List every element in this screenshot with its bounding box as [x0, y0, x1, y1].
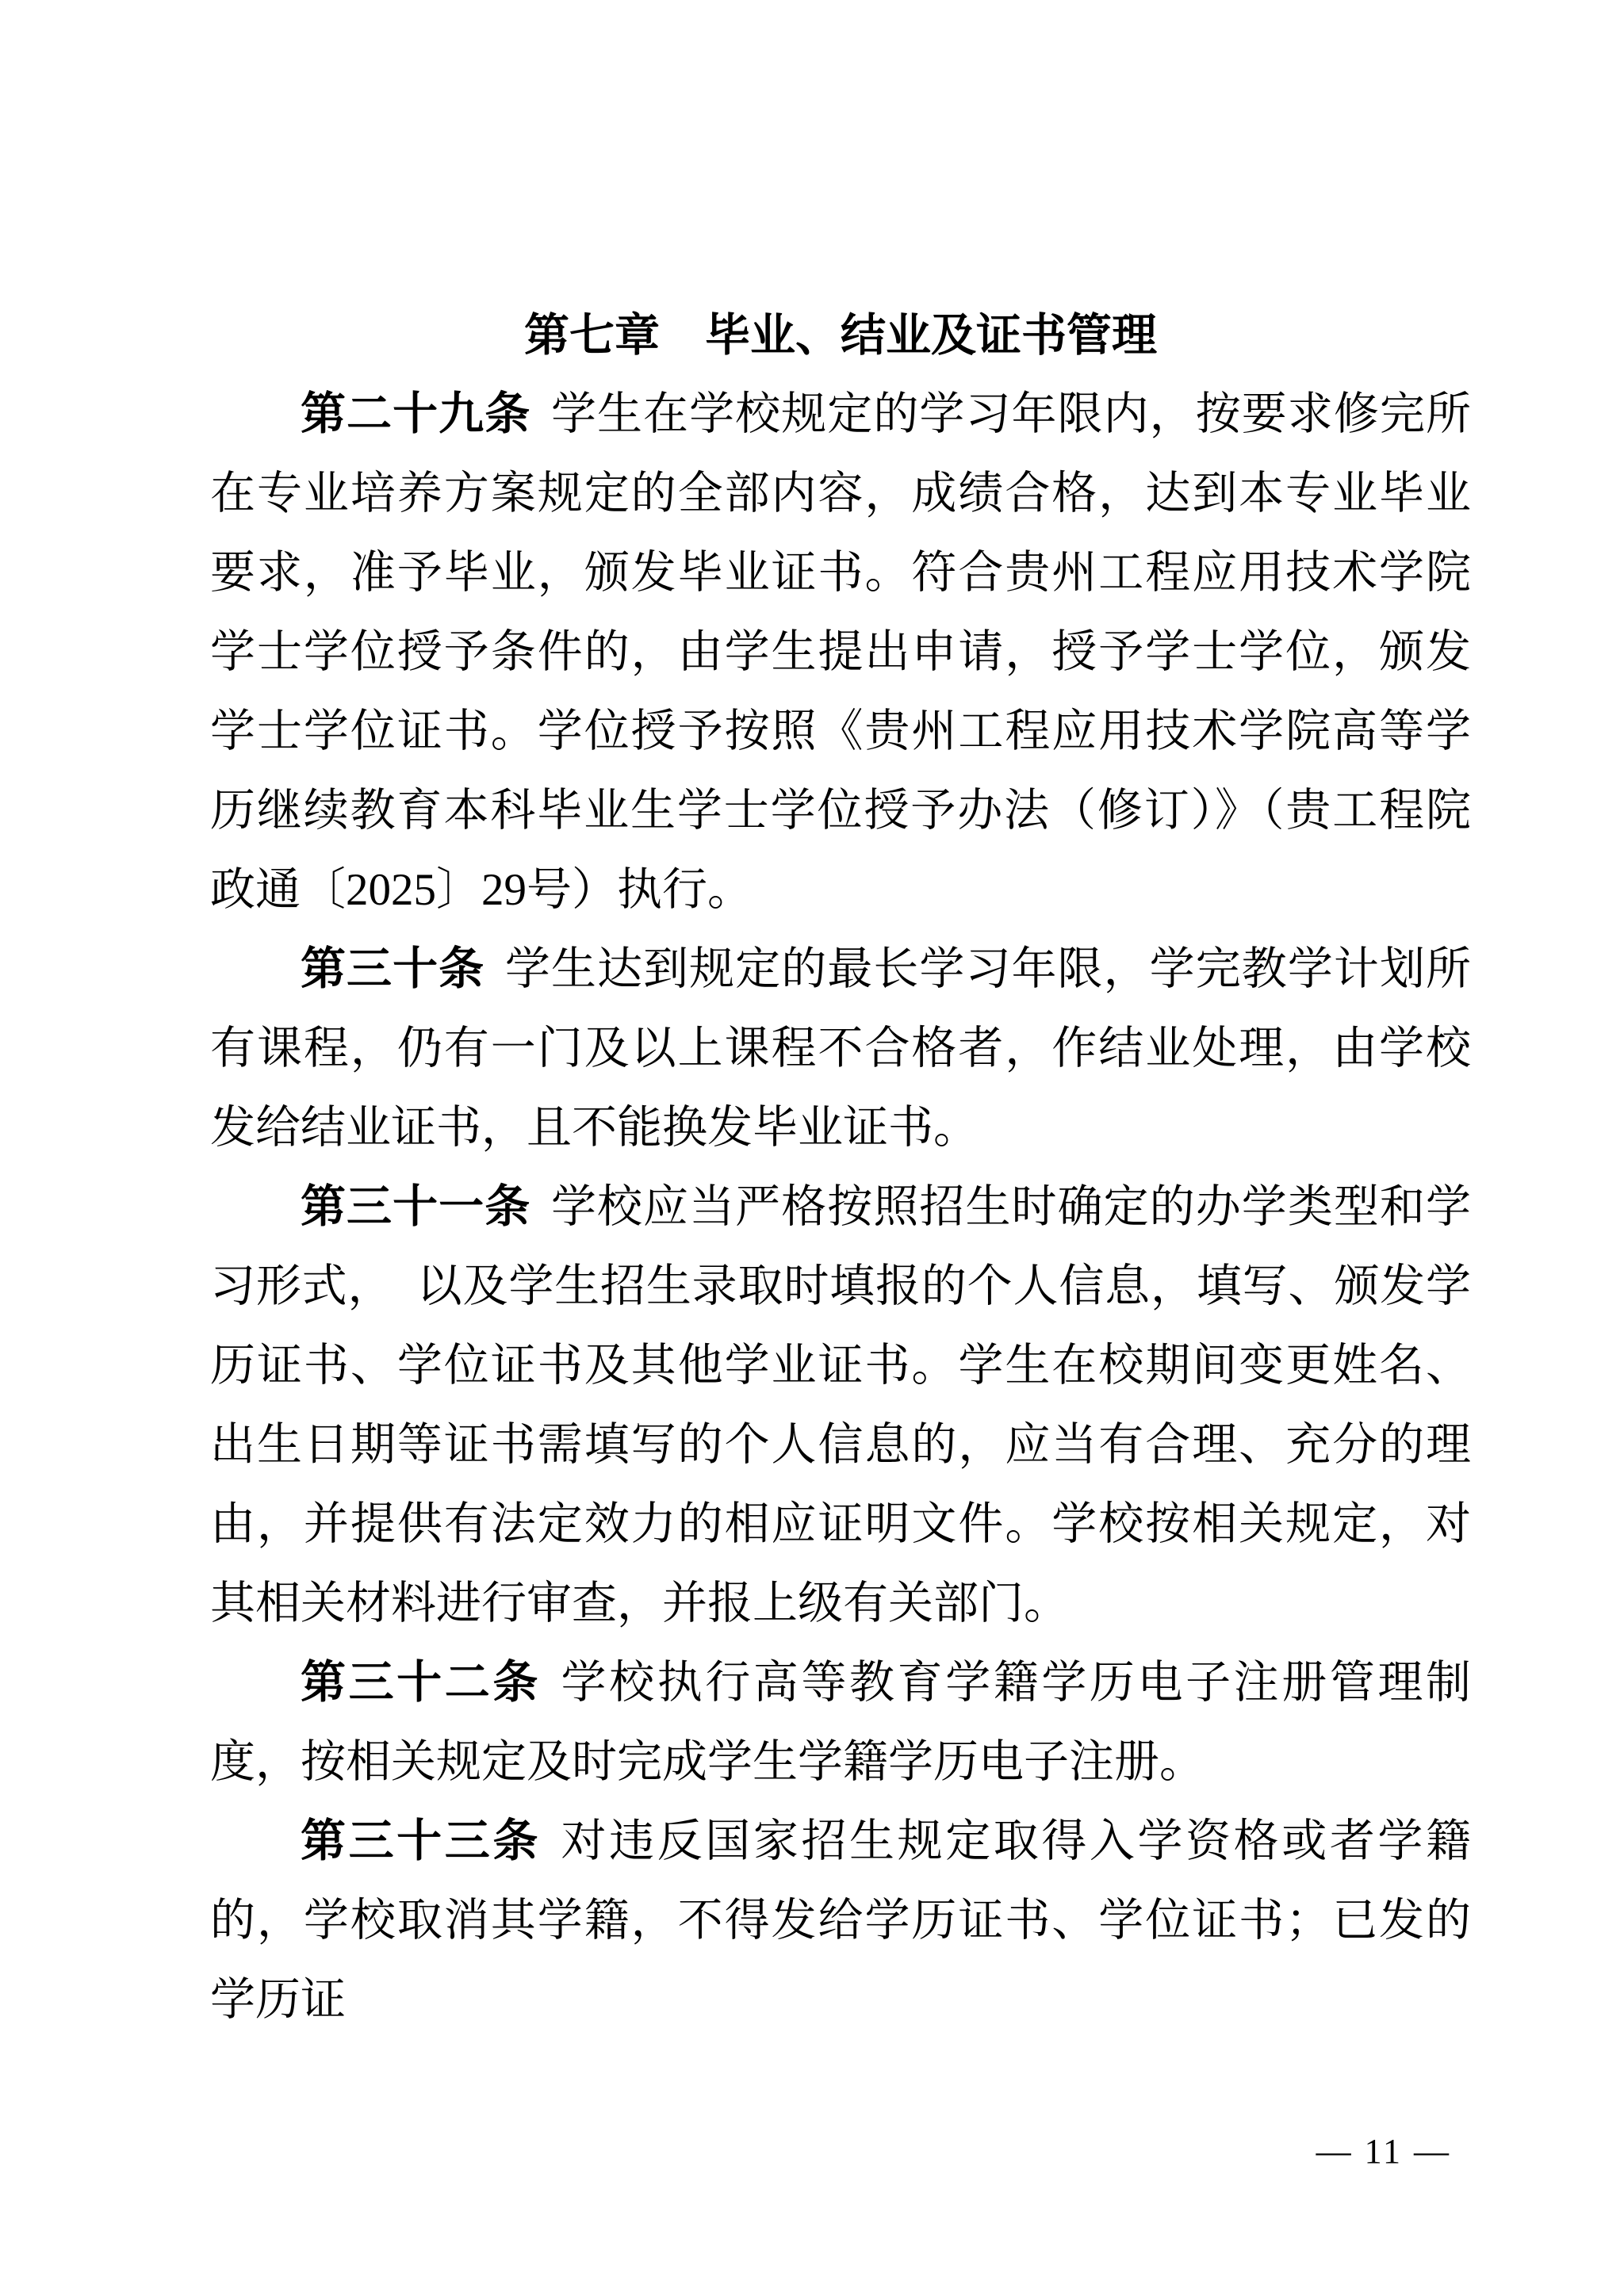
article-33-number: 第三十三条 — [301, 1816, 541, 1866]
article-29: 第二十九条学生在学校规定的学习年限内，按要求修完所在专业培养方案规定的全部内容，… — [210, 375, 1471, 930]
article-31-text: 学校应当严格按照招生时确定的办学类型和学习形式， 以及学生招生录取时填报的个人信… — [210, 1182, 1471, 1628]
chapter-title: 第七章 毕业、结业及证书管理 — [210, 296, 1471, 375]
article-32: 第三十二条学校执行高等教育学籍学历电子注册管理制度，按相关规定及时完成学生学籍学… — [210, 1644, 1471, 1802]
article-31: 第三十一条学校应当严格按照招生时确定的办学类型和学习形式， 以及学生招生录取时填… — [210, 1168, 1471, 1644]
article-29-number: 第二十九条 — [301, 389, 530, 439]
document-page: 第七章 毕业、结业及证书管理 第二十九条学生在学校规定的学习年限内，按要求修完所… — [0, 0, 1624, 2296]
article-31-number: 第三十一条 — [301, 1182, 530, 1232]
article-30-number: 第三十条 — [301, 944, 485, 994]
article-29-text: 学生在学校规定的学习年限内，按要求修完所在专业培养方案规定的全部内容，成绩合格，… — [210, 389, 1471, 915]
article-32-number: 第三十二条 — [301, 1658, 541, 1708]
article-30: 第三十条学生达到规定的最长学习年限，学完教学计划所有课程，仍有一门及以上课程不合… — [210, 930, 1471, 1168]
article-33: 第三十三条对违反国家招生规定取得入学资格或者学籍的，学校取消其学籍，不得发给学历… — [210, 1802, 1471, 2040]
page-content: 第七章 毕业、结业及证书管理 第二十九条学生在学校规定的学习年限内，按要求修完所… — [210, 296, 1471, 2040]
page-number: — 11 — — [1316, 2133, 1451, 2171]
